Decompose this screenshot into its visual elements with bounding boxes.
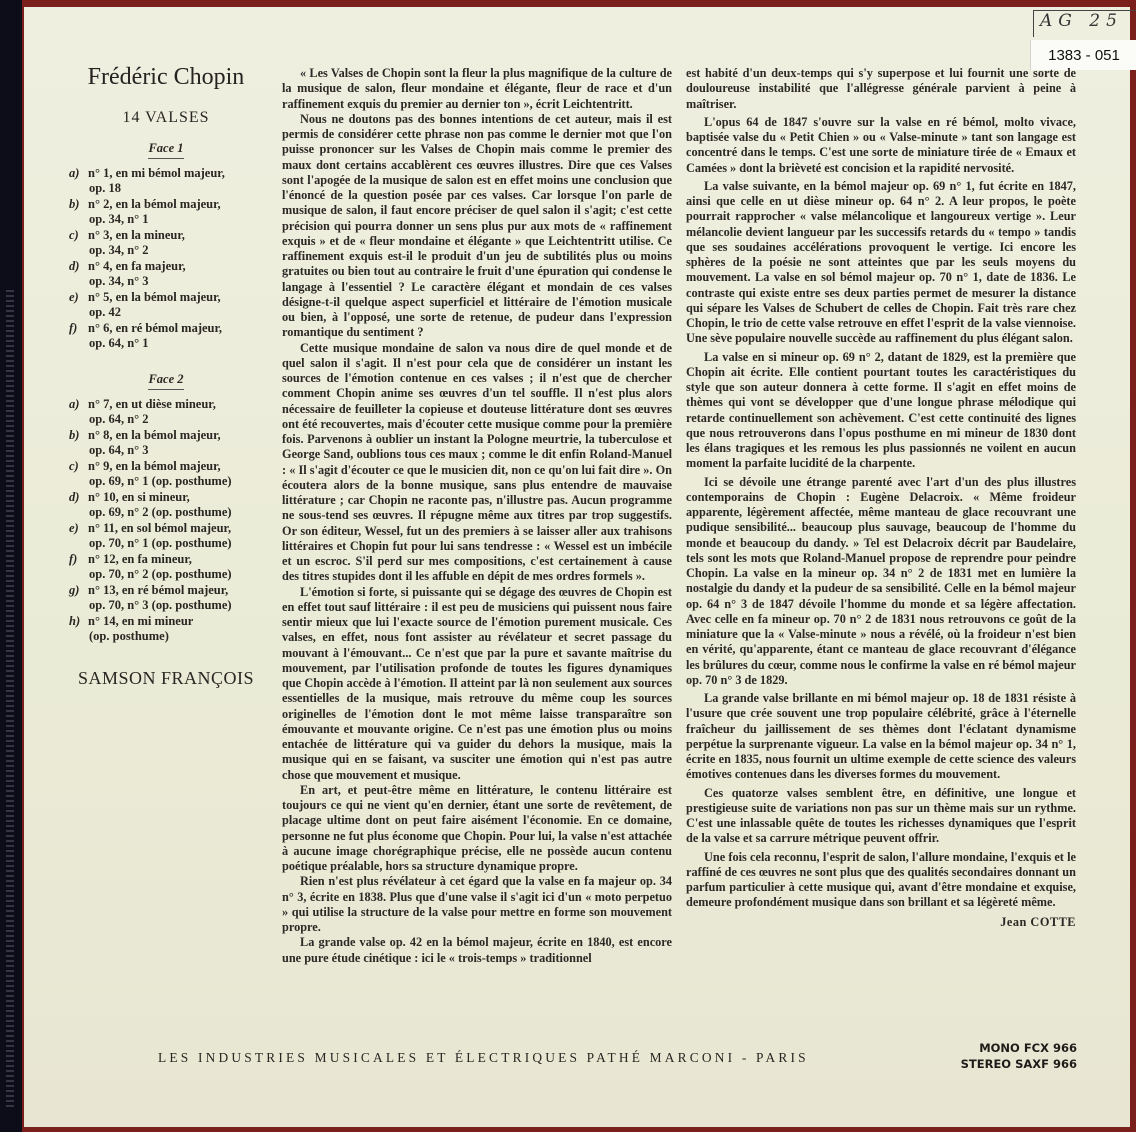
track-item: a)n° 1, en mi bémol majeur,op. 18: [66, 166, 266, 196]
face-1-tracklist: a)n° 1, en mi bémol majeur,op. 18b)n° 2,…: [66, 166, 266, 351]
track-item: e)n° 5, en la bémol majeur,op. 42: [66, 290, 266, 320]
track-letter: b): [69, 197, 79, 212]
paragraph-continuation: est habité d'un deux-temps qui s'y super…: [686, 66, 1076, 112]
track-letter: g): [69, 583, 79, 598]
track-title: n° 10, en si mineur,: [88, 490, 190, 504]
composer-name: Frédéric Chopin: [66, 64, 266, 91]
track-letter: c): [69, 228, 79, 243]
liner-paragraph: La valse en si mineur op. 69 n° 2, datan…: [686, 350, 1076, 472]
track-letter: f): [69, 552, 77, 567]
track-title: n° 12, en fa mineur,: [88, 552, 192, 566]
track-letter: b): [69, 428, 79, 443]
track-item: f)n° 12, en fa mineur,op. 70, n° 2 (op. …: [66, 552, 266, 582]
track-title: n° 4, en fa majeur,: [88, 259, 186, 273]
liner-paragraph: La grande valse brillante en mi bémol ma…: [686, 691, 1076, 783]
track-title: n° 2, en la bémol majeur,: [88, 197, 221, 211]
track-opus: op. 34, n° 2: [88, 243, 266, 258]
track-opus: op. 70, n° 2 (op. posthume): [88, 567, 266, 582]
track-item: c)n° 9, en la bémol majeur,op. 69, n° 1 …: [66, 459, 266, 489]
track-opus: op. 42: [88, 305, 266, 320]
face-2-tracklist: a)n° 7, en ut dièse mineur,op. 64, n° 2b…: [66, 397, 266, 644]
track-title: n° 11, en sol bémol majeur,: [88, 521, 231, 535]
stereo-catalog-number: STEREO SAXF 966: [940, 1056, 1077, 1072]
liner-paragraph: La valse suivante, en la bémol majeur op…: [686, 179, 1076, 347]
track-opus: op. 64, n° 1: [88, 336, 266, 351]
liner-paragraph: Ici se dévoile une étrange parenté avec …: [686, 475, 1076, 689]
liner-paragraph: Rien n'est plus révélateur à cet égard q…: [282, 874, 672, 935]
track-opus: op. 64, n° 3: [88, 443, 266, 458]
track-item: e)n° 11, en sol bémol majeur,op. 70, n° …: [66, 521, 266, 551]
track-item: f)n° 6, en ré bémol majeur,op. 64, n° 1: [66, 321, 266, 351]
track-title: n° 14, en mi mineur: [88, 614, 193, 628]
track-opus: op. 70, n° 3 (op. posthume): [88, 598, 266, 613]
album-title: 14 VALSES: [66, 109, 266, 127]
track-letter: h): [69, 614, 80, 629]
track-opus: op. 69, n° 1 (op. posthume): [88, 474, 266, 489]
liner-paragraph: La grande valse op. 42 en la bémol majeu…: [282, 935, 672, 966]
track-letter: f): [69, 321, 77, 336]
track-letter: e): [69, 290, 79, 305]
track-opus: op. 64, n° 2: [88, 412, 266, 427]
track-item: b)n° 8, en la bémol majeur,op. 64, n° 3: [66, 428, 266, 458]
liner-paragraph: Ces quatorze valses semblent être, en dé…: [686, 786, 1076, 847]
track-title: n° 1, en mi bémol majeur,: [88, 166, 225, 180]
author-signature: Jean COTTE: [686, 915, 1076, 930]
track-item: d)n° 10, en si mineur,op. 69, n° 2 (op. …: [66, 490, 266, 520]
track-title: n° 5, en la bémol majeur,: [88, 290, 221, 304]
liner-paragraph: L'opus 64 de 1847 s'ouvre sur la valse e…: [686, 115, 1076, 176]
liner-paragraph: En art, et peut-être même en littérature…: [282, 783, 672, 875]
track-letter: a): [69, 166, 79, 181]
face-1-heading: Face 1: [66, 141, 266, 156]
liner-paragraph: « Les Valses de Chopin sont la fleur la …: [282, 66, 672, 112]
track-opus: op. 34, n° 1: [88, 212, 266, 227]
track-item: b)n° 2, en la bémol majeur,op. 34, n° 1: [66, 197, 266, 227]
track-opus: op. 18: [88, 181, 266, 196]
liner-paragraph: L'émotion si forte, si puissante qui se …: [282, 585, 672, 783]
track-letter: e): [69, 521, 79, 536]
track-item: a)n° 7, en ut dièse mineur,op. 64, n° 2: [66, 397, 266, 427]
track-item: c)n° 3, en la mineur,op. 34, n° 2: [66, 228, 266, 258]
liner-notes-right-column: est habité d'un deux-temps qui s'y super…: [686, 66, 1076, 930]
track-opus: (op. posthume): [88, 629, 266, 644]
track-title: n° 3, en la mineur,: [88, 228, 185, 242]
track-letter: d): [69, 259, 79, 274]
track-letter: a): [69, 397, 79, 412]
track-opus: op. 69, n° 2 (op. posthume): [88, 505, 266, 520]
mono-catalog-number: MONO FCX 966: [940, 1040, 1077, 1056]
track-title: n° 7, en ut dièse mineur,: [88, 397, 216, 411]
track-title: n° 6, en ré bémol majeur,: [88, 321, 222, 335]
liner-paragraph: Cette musique mondaine de salon va nous …: [282, 341, 672, 585]
track-item: g)n° 13, en ré bémol majeur,op. 70, n° 3…: [66, 583, 266, 613]
track-title: n° 13, en ré bémol majeur,: [88, 583, 228, 597]
publisher-line: LES INDUSTRIES MUSICALES ET ÉLECTRIQUES …: [158, 1050, 809, 1066]
performer-name: SAMSON FRANÇOIS: [66, 668, 266, 689]
liner-notes-middle-column: « Les Valses de Chopin sont la fleur la …: [282, 66, 672, 966]
handwritten-note: AG 25: [1033, 10, 1136, 37]
catalog-numbers: MONO FCX 966 STEREO SAXF 966: [940, 1040, 1077, 1072]
track-opus: op. 70, n° 1 (op. posthume): [88, 536, 266, 551]
track-letter: c): [69, 459, 79, 474]
track-item: d)n° 4, en fa majeur,op. 34, n° 3: [66, 259, 266, 289]
track-title: n° 8, en la bémol majeur,: [88, 428, 221, 442]
track-item: h)n° 14, en mi mineur(op. posthume): [66, 614, 266, 644]
track-opus: op. 34, n° 3: [88, 274, 266, 289]
liner-paragraph: Une fois cela reconnu, l'esprit de salon…: [686, 850, 1076, 911]
record-sleeve-spine: [0, 0, 22, 1132]
track-letter: d): [69, 490, 79, 505]
tracklist-column: Frédéric Chopin 14 VALSES Face 1 a)n° 1,…: [66, 64, 266, 689]
face-2-heading: Face 2: [66, 372, 266, 387]
track-title: n° 9, en la bémol majeur,: [88, 459, 221, 473]
liner-paragraph: Nous ne doutons pas des bonnes intention…: [282, 112, 672, 341]
